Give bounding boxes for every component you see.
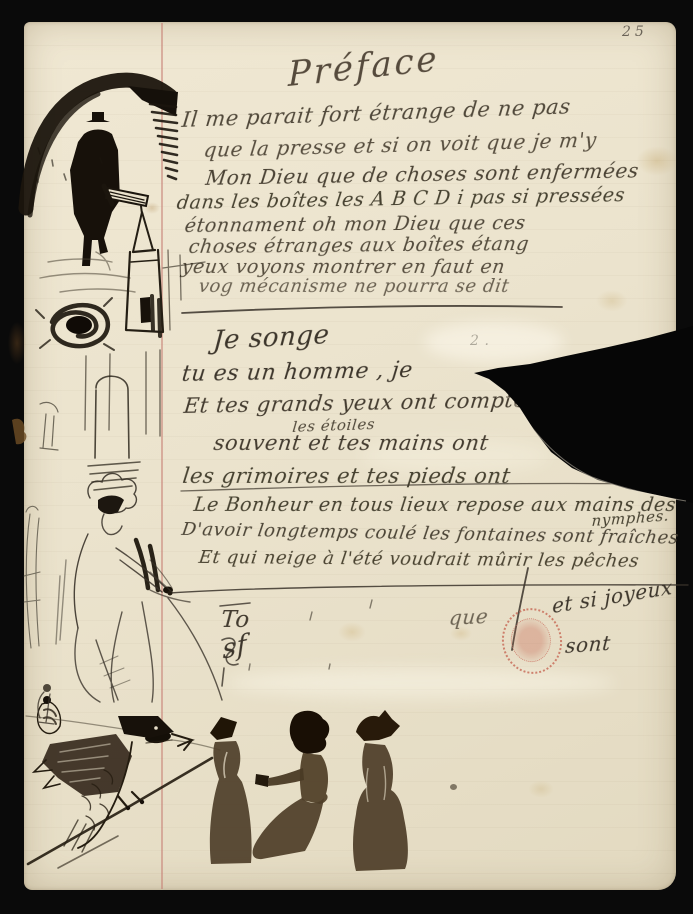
handwriting-line: yeux voyons montrer en faut en (180, 258, 506, 277)
page-number: 25 (622, 24, 648, 40)
handwriting-line: tu es un homme , je (181, 360, 414, 386)
handwriting-line: que (448, 606, 489, 628)
handwriting-line: les grimoires et tes pieds ont (181, 466, 512, 487)
handwriting-line: vog mécanisme ne pourra se dit (197, 278, 510, 296)
handwriting-line: sf (222, 631, 247, 664)
faint-mark: 2 . (470, 334, 490, 348)
handwriting-line: choses étranges aux boîtes étang (187, 235, 530, 257)
handwriting-line: sont (565, 633, 612, 656)
manuscript-photo: 25 Préface Il me parait fort étrange de … (0, 0, 693, 914)
handwriting-line: souvent et tes mains ont (212, 433, 489, 454)
handwriting-line: Je songe (212, 322, 330, 354)
red-margin-line (161, 23, 163, 889)
library-stamp-center (507, 615, 554, 665)
handwriting-line: Et qui neige à l'été voudrait mûrir les … (198, 549, 641, 571)
